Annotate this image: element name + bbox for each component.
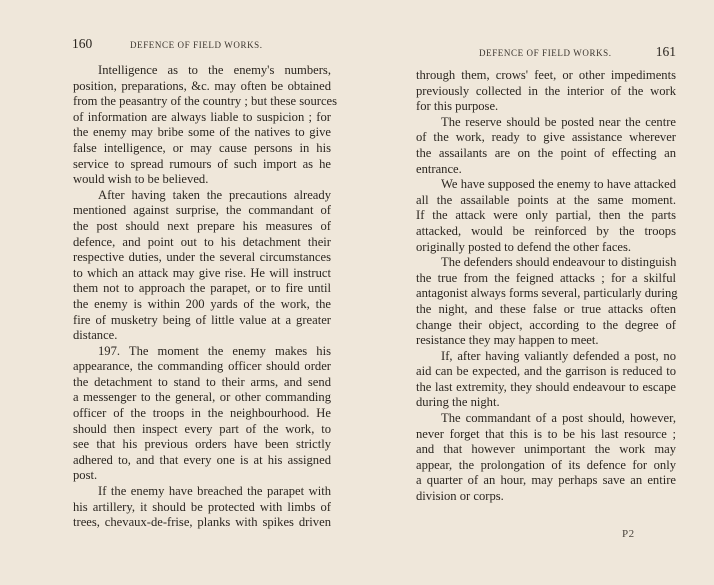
text-line: distance. xyxy=(73,328,331,344)
text-line: If the enemy have breached the parapet w… xyxy=(73,484,331,500)
text-line: antagonist always forms several, particu… xyxy=(416,286,676,302)
signature-mark: P2 xyxy=(622,528,635,540)
text-line: of information are always liable to susp… xyxy=(73,110,331,126)
text-line: a messenger to the general, or other com… xyxy=(73,390,331,406)
page-number: 160 xyxy=(72,36,92,52)
text-line: trees, chevaux-de-frise, planks with spi… xyxy=(73,515,331,531)
text-line: attacked, would be reinforced by the tro… xyxy=(416,224,676,240)
text-line: We have supposed the enemy to have attac… xyxy=(416,177,676,193)
text-line: officer of the troops in the neighbourho… xyxy=(73,406,331,422)
running-title: DEFENCE OF FIELD WORKS. xyxy=(479,45,612,61)
text-line: mentioned against surprise, the commanda… xyxy=(73,203,331,219)
text-line: previously collected in the interior of … xyxy=(416,84,676,100)
text-line: Intelligence as to the enemy's numbers, xyxy=(73,63,331,79)
running-title: DEFENCE OF FIELD WORKS. xyxy=(130,37,263,53)
text-line: the assailants are on the point of effec… xyxy=(416,146,676,162)
text-line: service to spread rumours of such import… xyxy=(73,157,331,173)
text-line: The defenders should endeavour to distin… xyxy=(416,255,676,271)
left-page-body: Intelligence as to the enemy's numbers,p… xyxy=(73,63,331,531)
text-line: change their object, according to the de… xyxy=(416,318,676,334)
text-line: during the night. xyxy=(416,395,676,411)
text-line: fire of musketry being of little value a… xyxy=(73,313,331,329)
left-page-header: 160 DEFENCE OF FIELD WORKS. xyxy=(73,36,331,52)
text-line: appearance, the commanding officer shoul… xyxy=(73,359,331,375)
text-line: defence, and point out to his detachment… xyxy=(73,235,331,251)
text-line: resistance they may happen to meet. xyxy=(416,333,676,349)
text-line: the last extremity, they should endeavou… xyxy=(416,380,676,396)
right-page-body: through them, crows' feet, or other impe… xyxy=(416,68,676,505)
text-line: for this purpose. xyxy=(416,99,676,115)
text-line: position, preparations, &c. may often be… xyxy=(73,79,331,95)
right-page-header: DEFENCE OF FIELD WORKS. 161 xyxy=(416,44,676,60)
text-line: entrance. xyxy=(416,162,676,178)
text-line: a quarter of an hour, may perhaps save a… xyxy=(416,473,676,489)
text-line: After having taken the precautions alrea… xyxy=(73,188,331,204)
text-line: the enemy may bribe some of the natives … xyxy=(73,125,331,141)
text-line: The reserve should be posted near the ce… xyxy=(416,115,676,131)
page-number: 161 xyxy=(656,44,676,60)
text-line: and that however unimportant the work ma… xyxy=(416,442,676,458)
text-line: originally posted to defend the other fa… xyxy=(416,240,676,256)
text-line: appear, the prolongation of its defence … xyxy=(416,458,676,474)
text-line: them not to approach the parapet, or to … xyxy=(73,281,331,297)
text-line: see that his previous orders have been s… xyxy=(73,437,331,453)
text-line: from the peasantry of the country ; but … xyxy=(73,94,331,110)
text-line: The commandant of a post should, however… xyxy=(416,411,676,427)
text-line: the enemy is within 200 yards of the wor… xyxy=(73,297,331,313)
text-line: should then inspect every part of the wo… xyxy=(73,422,331,438)
text-line: If, after having valiantly defended a po… xyxy=(416,349,676,365)
text-line: aid can be expected, and the garrison is… xyxy=(416,364,676,380)
text-line: would wish to be believed. xyxy=(73,172,331,188)
text-line: adhered to, and that every one is at his… xyxy=(73,453,331,469)
text-line: all the assailable points at the same mo… xyxy=(416,193,676,209)
text-line: his artillery, it should be protected wi… xyxy=(73,500,331,516)
text-line: to which an attack may give rise. He wil… xyxy=(73,266,331,282)
text-line: the detachment to stand to their arms, a… xyxy=(73,375,331,391)
text-line: the true from the feigned attacks ; for … xyxy=(416,271,676,287)
text-line: If the attack were only partial, then th… xyxy=(416,208,676,224)
text-line: through them, crows' feet, or other impe… xyxy=(416,68,676,84)
text-line: never forget that this is to be his last… xyxy=(416,427,676,443)
text-line: respective duties, under the several cir… xyxy=(73,250,331,266)
text-line: the post should next prepare his measure… xyxy=(73,219,331,235)
text-line: 197. The moment the enemy makes his xyxy=(73,344,331,360)
text-line: division or corps. xyxy=(416,489,676,505)
text-line: of the work, ready to give assistance wh… xyxy=(416,130,676,146)
text-line: post. xyxy=(73,468,331,484)
text-line: false intelligence, or may cause persons… xyxy=(73,141,331,157)
text-line: the night, and these false or true attac… xyxy=(416,302,676,318)
